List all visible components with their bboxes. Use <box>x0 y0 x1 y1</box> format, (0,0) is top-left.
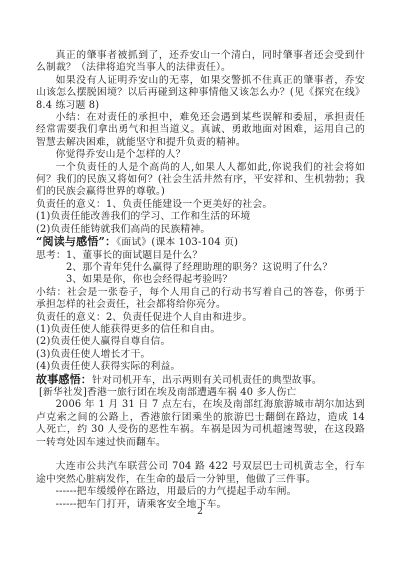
paragraph: 你觉得乔安山是个怎样的人？ <box>36 149 365 161</box>
paragraph: 小结：社会是一张卷子，每个人用自己的行动书写着自己的答卷，你勇于承担怎样的社会责… <box>36 287 365 312</box>
paragraph: 2、那个青年凭什么赢得了经理助理的职务？这说明了什么？ <box>36 262 365 274</box>
heading-text: 针对司机开车，出示两则有关司机责任的典型故事。 <box>92 375 322 386</box>
paragraph: 3、如果是你，你也会经得起考验吗？ <box>36 274 365 286</box>
paragraph: 一个负责任的人是个高尚的人,如果人人都如此,你说我们的社会将如何？我们的民族又将… <box>36 162 365 199</box>
paragraph: 2006 年 1 月 31 日 7 点左右，在埃及南部红海旅游城市胡尔加达到卢克… <box>36 399 365 449</box>
paragraph: 真正的肇事者被抓到了，还乔安山一个清白，同时肇事者还会受到什么制裁？（法律将追究… <box>36 50 365 75</box>
section-heading: 故事感悟：针对司机开车，出示两则有关司机责任的典型故事。 <box>36 374 365 387</box>
paragraph: (1)负责任使人能获得更多的信任和自由。 <box>36 324 365 336</box>
heading-text: 《面试》(课本 103-104 页) <box>116 237 238 248</box>
paragraph: [新华社发]香港一旅行团在埃及南部遭遇车祸 40 多人伤亡 <box>36 387 365 399</box>
page-number: 2 <box>0 506 400 518</box>
paragraph: 思考：1、董事长的面试题目是什么？ <box>36 250 365 262</box>
document-page: 真正的肇事者被抓到了，还乔安山一个清白，同时肇事者还会受到什么制裁？（法律将追究… <box>0 0 400 565</box>
paragraph: (1)负责任能改善我们的学习、工作和生活的环境 <box>36 211 365 223</box>
paragraph: ------把车缓缓停在路边，用最后的力气提起手动车闸。 <box>36 486 365 498</box>
paragraph: 大连市公共汽车联营公司 704 路 422 号双层巴士司机黄志全，行车途中突然心… <box>36 461 365 486</box>
paragraph: 负责任的意义：1、负责任能建设一个更美好的社会。 <box>36 199 365 211</box>
paragraph: (2)负责任使人赢得自尊自信。 <box>36 336 365 348</box>
document-body: 真正的肇事者被抓到了，还乔安山一个清白，同时肇事者还会受到什么制裁？（法律将追究… <box>36 50 365 511</box>
heading-label: “阅读与感悟”： <box>36 235 116 248</box>
heading-label: 故事感悟： <box>36 373 92 386</box>
paragraph: (3)负责任使人增长才干。 <box>36 349 365 361</box>
paragraph: 如果没有人证明乔安山的无辜，如果交警抓不住真正的肇事者，乔安山该怎么摆脱困境？以… <box>36 75 365 112</box>
section-heading: “阅读与感悟”：《面试》(课本 103-104 页) <box>36 236 365 249</box>
paragraph: 负责任的意义：2、负责任促进个人自由和进步。 <box>36 312 365 324</box>
paragraph <box>36 449 365 461</box>
paragraph: 小结：在对责任的承担中，难免还会遇到某些误解和委屈，承担责任经常需要我们拿出勇气… <box>36 112 365 149</box>
